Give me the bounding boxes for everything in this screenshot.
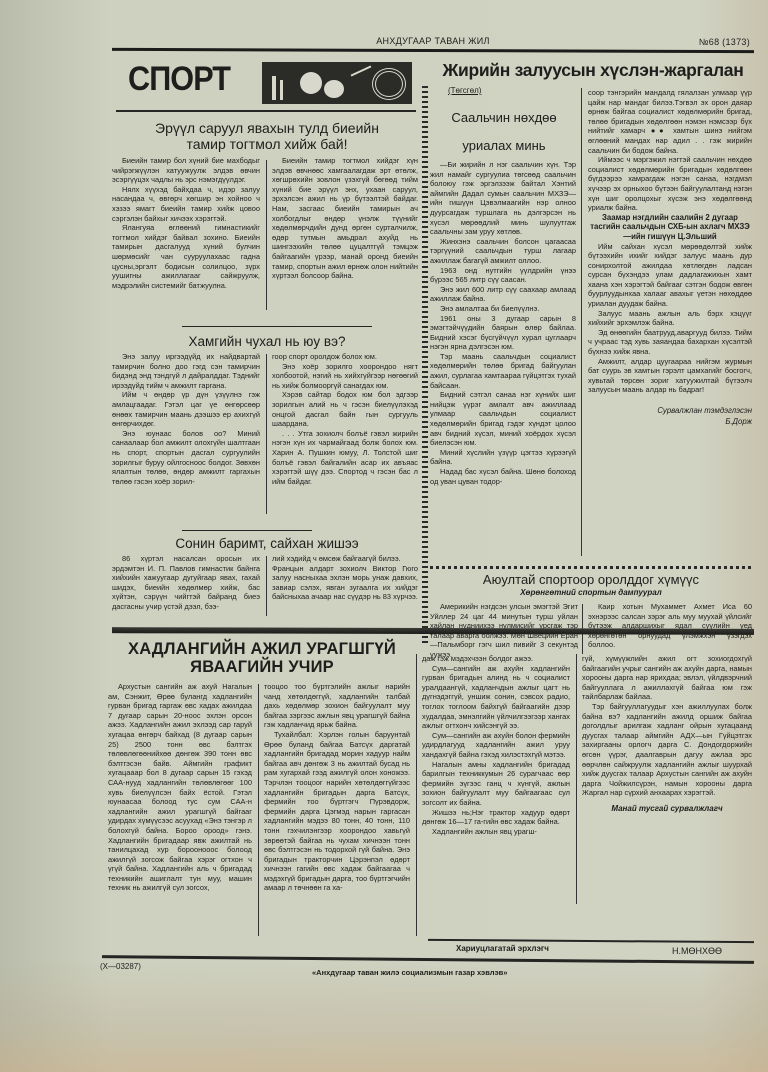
feature-col1: —Би жирийн л нэг саальчин хүн. Тэр жил н… [430, 160, 576, 486]
print-code: (Х—03287) [100, 962, 141, 971]
paragraph: Ийм сайхан хүсэл мөрөөдөлтэй хийж бүтээх… [588, 242, 752, 309]
article3-col2: лий хэдийд ч өмсөж байгаагүй билээ. Фран… [272, 554, 418, 602]
feature-title: Жирийн залуусын хүслэн-жаргалан [430, 60, 756, 81]
footer-rule [102, 955, 754, 964]
paragraph: даж гэж мэдэхчээн болдог ажээ. [422, 654, 570, 664]
sport-rule [116, 110, 416, 112]
editor-label: Хариуцлагатай эрхлэгч [456, 944, 549, 953]
column-divider [258, 684, 259, 936]
signature-author: Б.Дорж [588, 416, 752, 427]
paragraph: лий хэдийд ч өмсөж байгаагүй билээ. [272, 554, 418, 564]
paragraph: Надад бас хүсэл байна. Шөнө болоход од у… [430, 467, 576, 486]
paragraph: Энэ юунаас болов оо? Миний санаалаар бол… [112, 429, 260, 487]
byline-bold: Заамар нэгдлийн саалийн 2 дугаар тасгийн… [588, 213, 752, 242]
paragraph: Каир хотын Мухаммет Ахмет Иса 60 эхнэрээ… [588, 602, 752, 650]
article2-col1: Энэ залуу иргээдүйд их найдвартай тамирч… [112, 352, 260, 486]
paragraph: гоор спорт оролдож болох юм. [272, 352, 418, 362]
paragraph: Эд өнөөгийн баатрууд,аваргууд билээ. Тий… [588, 328, 752, 357]
wavy-divider [430, 566, 752, 569]
column-divider [266, 556, 267, 616]
paragraph: Тухайлбал: Хэрлэн голын баруунтай Өрөө б… [264, 730, 410, 893]
paragraph: тооцоо тоо бүртгэлийн ажлыг нарийн чанд … [264, 682, 410, 730]
article1-title-line2: тамир тогтмол хийж бай! [112, 136, 422, 152]
paragraph: Жишээ нь;Нэг трактор хадуур өдөрт дөнгөж… [422, 808, 570, 827]
article2-title: Хамгийн чухал нь юу вэ? [112, 334, 422, 349]
column-divider [266, 354, 267, 514]
paragraph: Жинхэнэ саальчин болсон цагаасаа тэргүүн… [430, 237, 576, 266]
paragraph: Ийм ч өндөр үр дүн үзүүлнэ гэж амлацгаад… [112, 390, 260, 428]
ayultai-col2: Каир хотын Мухаммет Ахмет Иса 60 эхнэрээ… [588, 602, 752, 650]
paragraph: Тэр маань саальчдын социалист хөдөлмөрий… [430, 352, 576, 390]
paragraph: Архустын сангийн аж ахуй Нагалын ам, Сэн… [108, 682, 252, 893]
haymaking-col3: даж гэж мэдэхчээн болдог ажээ. Сум—санги… [422, 654, 570, 836]
column-divider [576, 654, 577, 904]
section-separator [112, 627, 754, 635]
printer-slogan: «Анхдугаар таван жилэ социализмын газар … [312, 968, 507, 977]
article1-col2: Биеийн тамир тогтмол хийдэг хүн элдэв өв… [272, 156, 418, 281]
feature-subtitle-line1: Саальчин нөхдөө [430, 104, 578, 132]
feature-col2: соор тэнгэрийн мандалд гялалзан улмаар ү… [588, 88, 752, 427]
continued-label: (Төгсгөл) [448, 86, 481, 95]
sport-illustration [262, 62, 412, 104]
running-header-title: АНХДУГААР ТАВАН ЖИЛ [112, 36, 754, 46]
paragraph: Нагалын амны хадлангийн бригадад барилгы… [422, 760, 570, 808]
ornament-rule [182, 326, 372, 327]
paragraph: Бидний сэтгэл санаа нэг хүнийх шиг нийцэ… [430, 390, 576, 448]
ayultai-subtitle: Хөрөнгөтний спортын дампуурал [430, 588, 752, 597]
paragraph: Францын алдарт зохиолч Виктор Гюго залуу… [272, 564, 418, 602]
article2-col2: гоор спорт оролдож болох юм. Энэ хоёр зо… [272, 352, 418, 486]
haymaking-title: ХАДЛАНГИЙН АЖИЛ УРАГШГҮЙ ЯВААГИЙН УЧИР [112, 640, 412, 676]
paragraph: Энэ хоёр зорилго хоорондоо нягт холбоото… [272, 362, 418, 391]
paragraph: Хэрэв сайтар бодох юм бол эдгээр зорилгы… [272, 390, 418, 428]
paragraph: Энэ жил 600 литр сүү саахаар амлаад ажил… [430, 285, 576, 304]
column-divider [266, 160, 267, 310]
paragraph: Залуус маань ажлын аль бэрх хэцүүг хийхи… [588, 309, 752, 328]
paragraph: соор тэнгэрийн мандалд гялалзан улмаар ү… [588, 88, 752, 155]
article1-title: Эрүүл саруул явахын тулд биеийн тамир то… [112, 120, 422, 152]
column-divider [416, 654, 417, 936]
paragraph: Сум—сангийн аж ахуйн хадлангийн гурван б… [422, 664, 570, 731]
haymaking-col1: Архустын сангийн аж ахуй Нагалын ам, Сэн… [108, 682, 252, 893]
newspaper-page: АНХДУГААР ТАВАН ЖИЛ №68 (1373) СПОРТ Эрү… [112, 36, 754, 966]
paragraph: Биеийн тамир тогтмол хийдэг хүн элдэв өв… [272, 156, 418, 281]
column-divider [581, 88, 582, 556]
paragraph: гүй, хүмүүжлийн ажил огт зохиогдохгүй ба… [582, 654, 752, 702]
haymaking-col4: гүй, хүмүүжлийн ажил огт зохиогдохгүй ба… [582, 654, 752, 814]
paragraph: . . . Утга зохиолч болъё гэвэл жирийн нэ… [272, 429, 418, 487]
paragraph: Иймээс ч мэргэжил нэгтэй саальчин нөхдөө… [588, 155, 752, 213]
paragraph: Хадлангийн ажлын явц урагш- [422, 827, 570, 837]
paragraph: Сум—сангийн аж ахуйн болон фермийн удирд… [422, 731, 570, 760]
haymaking-signature: Манай тусгай сурвалжлагч [582, 804, 752, 814]
paragraph: Энэ амлалтаа би биелүүлнэ. [430, 304, 576, 314]
article3-title: Сонин баримт, сайхан жишээ [112, 536, 422, 551]
feature-subtitle: Саальчин нөхдөө уриалах минь [430, 104, 578, 160]
feature-subtitle-line2: уриалах минь [430, 132, 578, 160]
paragraph: Тэр байгууллагуудыг хэн ажиллуулах болж … [582, 702, 752, 798]
haymaking-title-line2: ЯВААГИЙН УЧИР [112, 658, 412, 676]
issue-number: №68 (1373) [699, 37, 750, 47]
paragraph: Энэ залуу иргээдүйд их найдвартай тамирч… [112, 352, 260, 390]
ornament-rule [182, 530, 312, 531]
wavy-column-divider [422, 86, 428, 646]
ayultai-title: Аюултай спортоор оролддог хүмүүс [430, 572, 752, 587]
signature-line1: Сурвалжлан тэмдэглэсэн [588, 405, 752, 416]
paragraph: Нялх хүүхэд байхдаа ч, идэр залуу насанд… [112, 185, 260, 223]
article1-col1: Биеийн тамир бол хүний бие махбодыг чийр… [112, 156, 260, 290]
haymaking-title-line1: ХАДЛАНГИЙН АЖИЛ УРАГШГҮЙ [112, 640, 412, 658]
editor-name: Н.МӨНХӨӨ [672, 946, 722, 956]
article3-col1: 86 хүртэл насалсан оросын их эрдэмтэн И.… [112, 554, 260, 612]
paragraph: Биеийн тамир бол хүний бие махбодыг чийр… [112, 156, 260, 185]
paragraph: 1963 онд нутгийн үүлдрийн үнээ бүрээс 56… [430, 266, 576, 285]
section-heading-sport: СПОРТ [128, 60, 230, 99]
paragraph: 1961 оны 3 дугаар сарын 8 эмэгтэйчүүдийн… [430, 314, 576, 352]
article1-title-line1: Эрүүл саруул явахын тулд биеийн [112, 120, 422, 136]
paragraph: Ялангуяа өглөөний гимнастикийг тогтмол х… [112, 223, 260, 290]
editor-rule [428, 939, 754, 943]
feature-signature: Сурвалжлан тэмдэглэсэн Б.Дорж [588, 405, 752, 427]
haymaking-col2: тооцоо тоо бүртгэлийн ажлыг нарийн чанд … [264, 682, 410, 893]
paragraph: Миний хүслийн үзүүр цэгтээ хүрээгүй байн… [430, 448, 576, 467]
paragraph: 86 хүртэл насалсан оросын их эрдэмтэн И.… [112, 554, 260, 612]
paragraph: —Би жирийн л нэг саальчин хүн. Тэр жил н… [430, 160, 576, 237]
paragraph: Амжилт, алдар цуугаараа нийгэм журмын ба… [588, 357, 752, 395]
